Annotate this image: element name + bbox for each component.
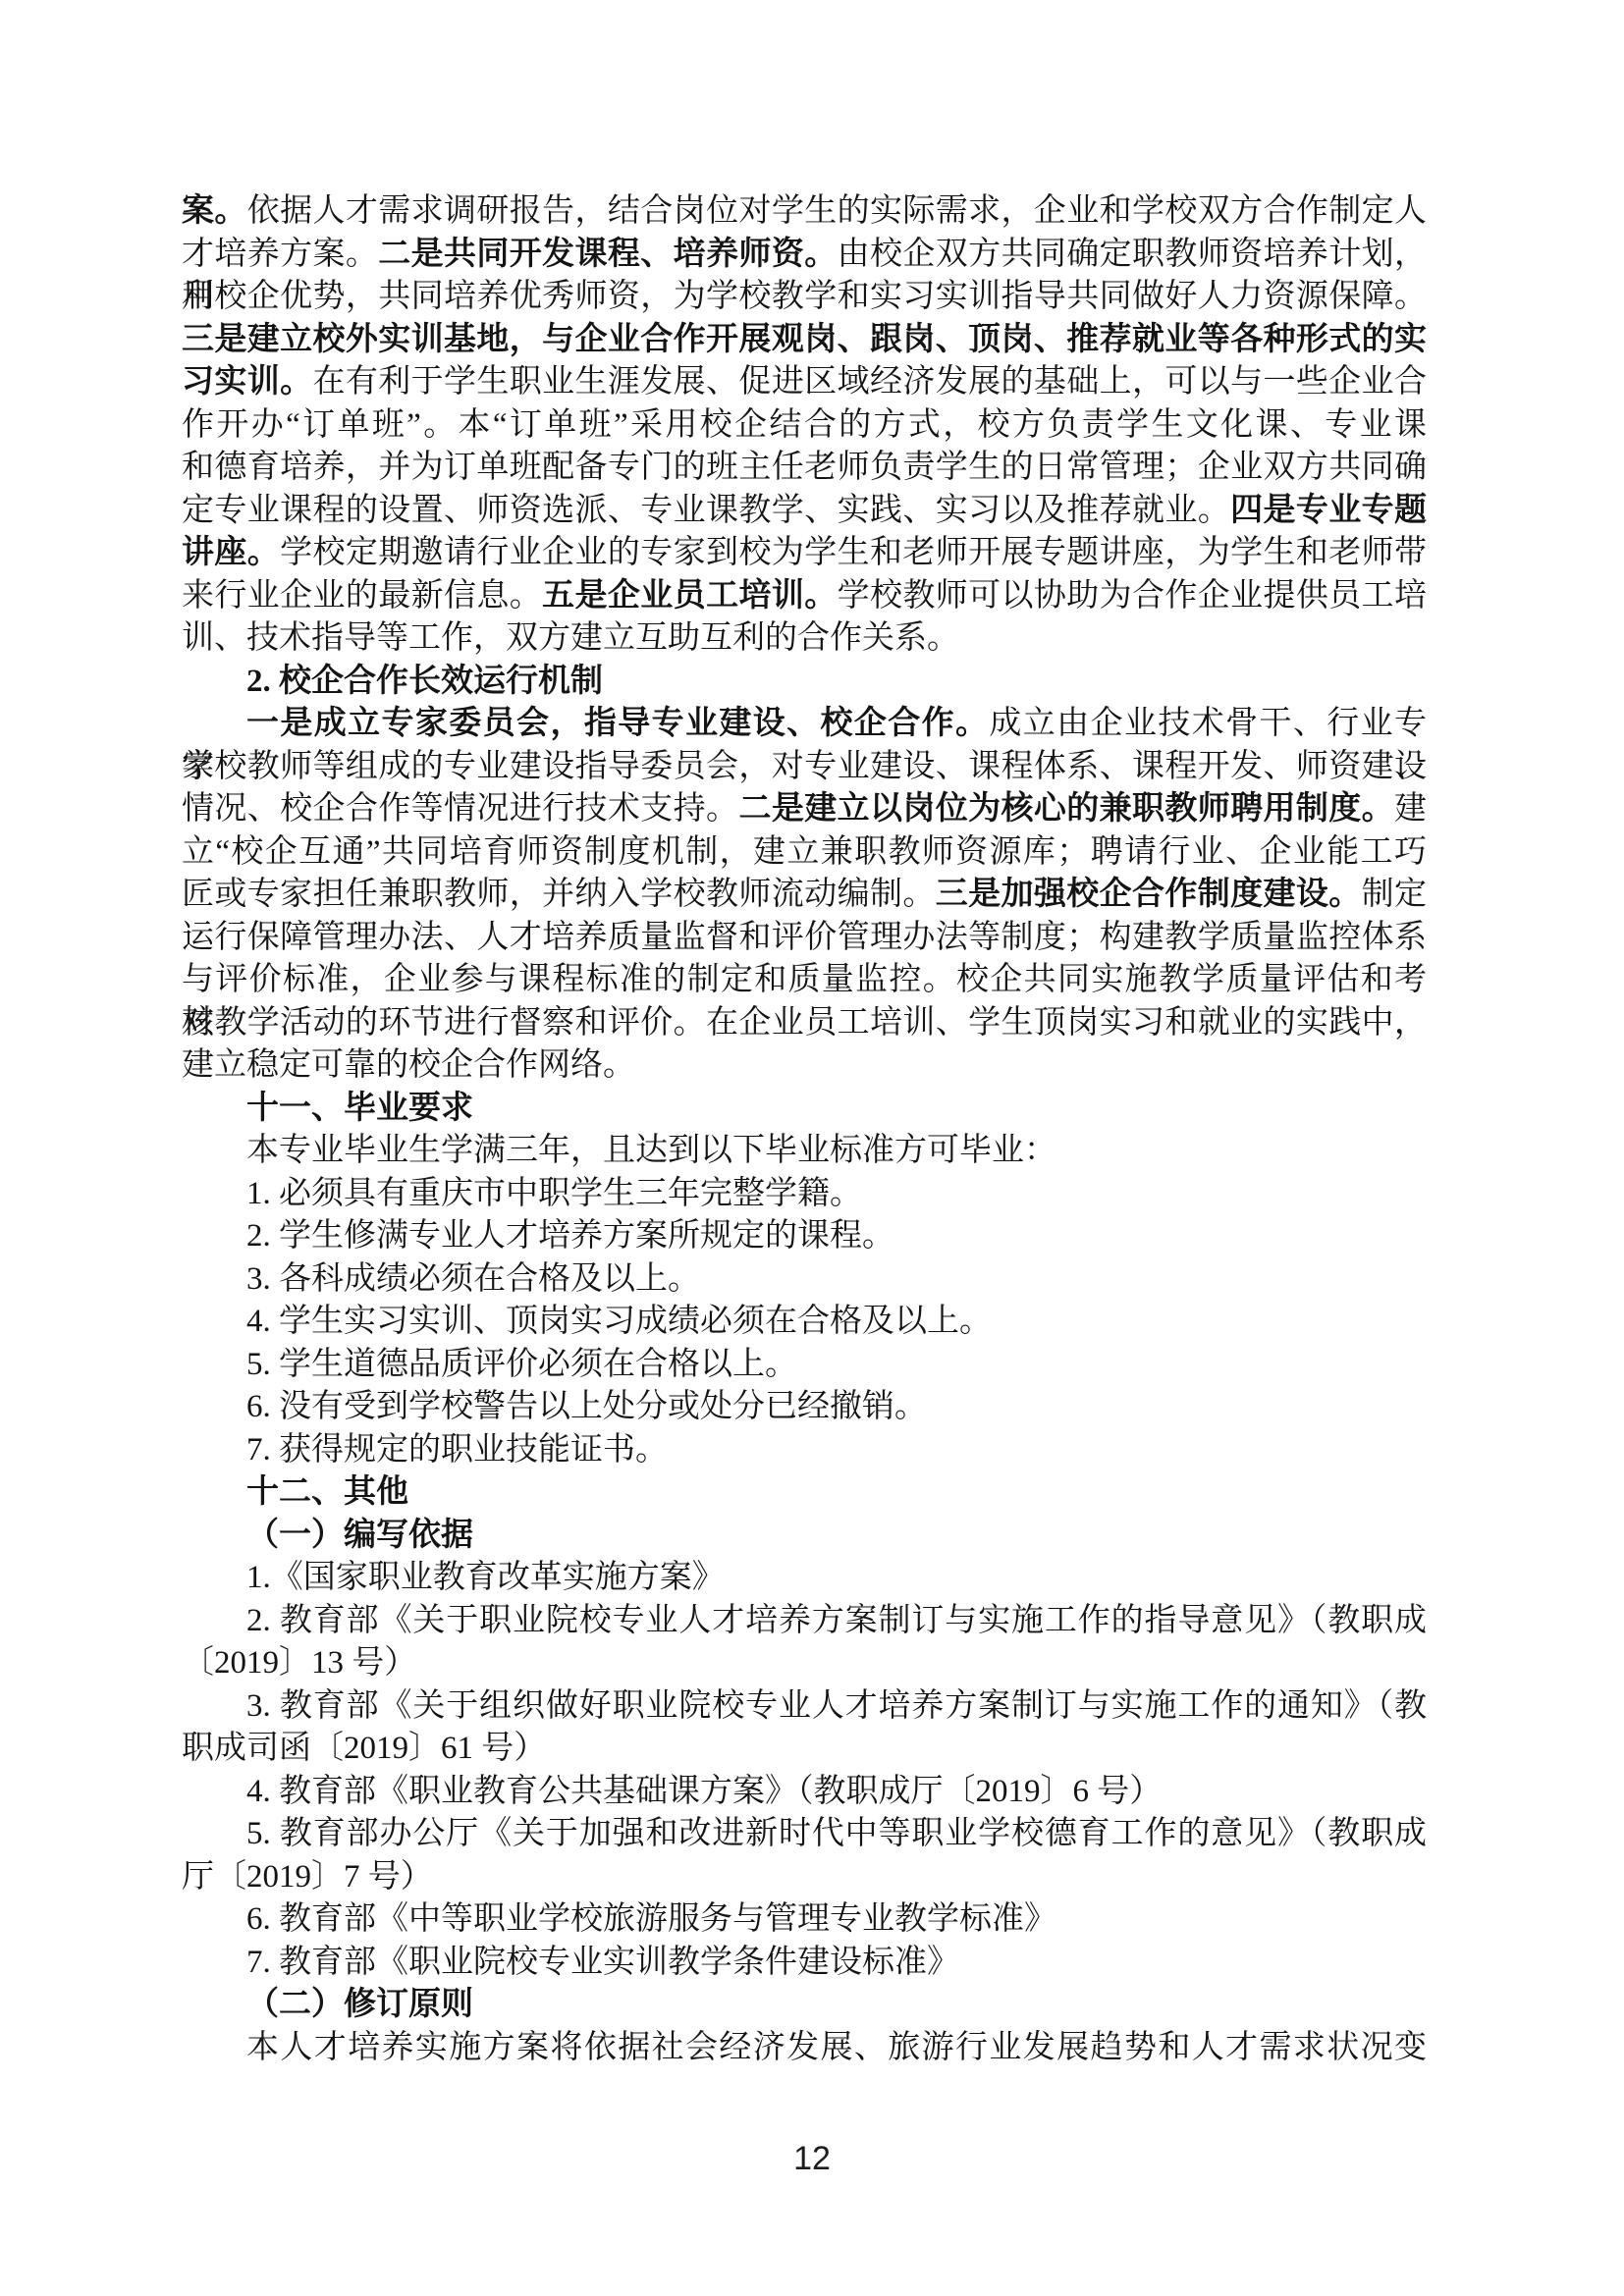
- document-page: 案。依据人才需求调研报告，结合岗位对学生的实际需求，企业和学校双方合作制定人才培…: [0, 0, 1624, 2296]
- text-run: 2. 学生修满专业人才培养方案所规定的课程。: [246, 1218, 894, 1254]
- text-line: 5. 教育部办公厅《关于加强和改进新时代中等职业学校德育工作的意见》（教职成: [182, 1813, 1427, 1856]
- text-line: 作开办“订单班”。本“订单班”采用校企结合的方式，校方负责学生文化课、专业课: [182, 404, 1427, 448]
- text-run: 讲座。: [182, 535, 280, 570]
- text-run: 匠或专家担任兼职教师，并纳入学校教师流动编制。: [182, 877, 936, 912]
- text-line: 才培养方案。二是共同开发课程、培养师资。由校企双方共同确定职教师资培养计划，利: [182, 234, 1427, 277]
- text-line: 本人才培养实施方案将依据社会经济发展、旅游行业发展趋势和人才需求状况变: [182, 2027, 1427, 2070]
- text-run: 用校企优势，共同培养优秀师资，为学校教学和实习实训指导共同做好人力资源保障。: [182, 279, 1427, 314]
- text-line: 定专业课程的设置、师资选派、专业课教学、实践、实习以及推荐就业。四是专业专题: [182, 490, 1427, 533]
- text-line: 2. 校企合作长效运行机制: [182, 661, 1427, 704]
- text-run: 案。: [182, 193, 247, 229]
- text-line: 1. 必须具有重庆市中职学生三年完整学籍。: [182, 1173, 1427, 1216]
- text-run: 三是加强校企合作制度建设。: [936, 877, 1362, 912]
- text-line: 习实训。在有利于学生职业生涯发展、促进区域经济发展的基础上，可以与一些企业合: [182, 361, 1427, 404]
- text-run: （二）修订原则: [246, 1987, 473, 2022]
- text-run: 建立稳定可靠的校企合作网络。: [182, 1047, 635, 1083]
- text-run: 在有利于学生职业生涯发展、促进区域经济发展的基础上，可以与一些企业合: [313, 364, 1428, 400]
- text-line: 十一、毕业要求: [182, 1088, 1427, 1131]
- text-line: 4. 学生实习实训、顶岗实习成绩必须在合格及以上。: [182, 1301, 1427, 1344]
- text-line: 匠或专家担任兼职教师，并纳入学校教师流动编制。三是加强校企合作制度建设。制定: [182, 874, 1427, 917]
- text-run: 学校教师等组成的专业建设指导委员会，对专业建设、课程体系、课程开发、师资建设: [182, 749, 1427, 784]
- text-line: 情况、校企合作等情况进行技术支持。二是建立以岗位为核心的兼职教师聘用制度。建: [182, 788, 1427, 831]
- text-run: 十一、毕业要求: [246, 1091, 473, 1126]
- text-run: 作开办“订单班”。本“订单班”采用校企结合的方式，校方负责学生文化课、专业课: [182, 407, 1427, 443]
- text-line: 和德育培养，并为订单班配备专门的班主任老师负责学生的日常管理；企业双方共同确: [182, 447, 1427, 490]
- page-body-text: 案。依据人才需求调研报告，结合岗位对学生的实际需求，企业和学校双方合作制定人才培…: [182, 190, 1427, 2069]
- text-line: 训、技术指导等工作，双方建立互助互利的合作关系。: [182, 617, 1427, 661]
- text-run: 1.《国家职业教育改革实施方案》: [246, 1560, 725, 1595]
- text-line: 建立稳定可靠的校企合作网络。: [182, 1044, 1427, 1088]
- text-line: 6. 教育部《中等职业学校旅游服务与管理专业教学标准》: [182, 1898, 1427, 1942]
- text-run: 对教学活动的环节进行督察和评价。在企业员工培训、学生顶岗实习和就业的实践中，: [182, 1005, 1427, 1041]
- text-run: 5. 学生道德品质评价必须在合格以上。: [246, 1347, 797, 1382]
- text-run: 本专业毕业生学满三年，且达到以下毕业标准方可毕业：: [246, 1133, 1056, 1168]
- text-run: 一是成立专家委员会，指导专业建设、校企合作。: [246, 706, 989, 741]
- page-number: 12: [0, 2140, 1624, 2178]
- text-line: 2. 教育部《关于职业院校专业人才培养方案制订与实施工作的指导意见》（教职成: [182, 1600, 1427, 1643]
- text-run: 和德育培养，并为订单班配备专门的班主任老师负责学生的日常管理；企业双方共同确: [182, 450, 1427, 485]
- text-line: 本专业毕业生学满三年，且达到以下毕业标准方可毕业：: [182, 1130, 1427, 1173]
- text-run: 2. 校企合作长效运行机制: [246, 664, 603, 699]
- text-run: 情况、校企合作等情况进行技术支持。: [182, 791, 738, 827]
- text-line: （二）修订原则: [182, 1984, 1427, 2027]
- text-run: 来行业企业的最新信息。: [182, 578, 542, 614]
- text-run: 学校定期邀请行业企业的专家到校为学生和老师开展专题讲座，为学生和老师带: [280, 535, 1427, 570]
- text-line: 〔2019〕13 号）: [182, 1642, 1427, 1685]
- text-line: 3. 各科成绩必须在合格及以上。: [182, 1258, 1427, 1302]
- text-run: 7. 教育部《职业院校专业实训教学条件建设标准》: [246, 1945, 959, 1980]
- text-run: 制定: [1362, 877, 1427, 912]
- text-run: 习实训。: [182, 364, 313, 400]
- text-run: 立“校企互通”共同培育师资制度机制，建立兼职教师资源库；聘请行业、企业能工巧: [182, 834, 1427, 870]
- text-run: 6. 没有受到学校警告以上处分或处分已经撤销。: [246, 1389, 927, 1424]
- text-run: 本人才培养实施方案将依据社会经济发展、旅游行业发展趋势和人才需求状况变: [246, 2030, 1427, 2065]
- text-run: 运行保障管理办法、人才培养质量监督和评价管理办法等制度；构建教学质量监控体系: [182, 920, 1427, 955]
- text-line: 学校教师等组成的专业建设指导委员会，对专业建设、课程体系、课程开发、师资建设: [182, 746, 1427, 789]
- text-line: 厅〔2019〕7 号）: [182, 1856, 1427, 1899]
- text-run: 训、技术指导等工作，双方建立互助互利的合作关系。: [182, 620, 959, 656]
- text-line: 4. 教育部《职业教育公共基础课方案》（教职成厅〔2019〕6 号）: [182, 1771, 1427, 1814]
- text-line: 1.《国家职业教育改革实施方案》: [182, 1557, 1427, 1600]
- text-run: 7. 获得规定的职业技能证书。: [246, 1432, 668, 1468]
- text-run: 才培养方案。: [182, 237, 378, 272]
- text-line: 运行保障管理办法、人才培养质量监督和评价管理办法等制度；构建教学质量监控体系: [182, 917, 1427, 960]
- text-run: 五是企业员工培训。: [542, 578, 837, 614]
- text-run: 〔2019〕13 号）: [182, 1645, 416, 1681]
- text-line: （一）编写依据: [182, 1515, 1427, 1558]
- text-run: 职成司函〔2019〕61 号）: [182, 1731, 546, 1766]
- text-run: 厅〔2019〕7 号）: [182, 1859, 433, 1895]
- text-line: 来行业企业的最新信息。五是企业员工培训。学校教师可以协助为合作企业提供员工培: [182, 575, 1427, 618]
- text-run: 三是建立校外实训基地，与企业合作开展观岗、跟岗、顶岗、推荐就业等各种形式的实: [182, 322, 1427, 357]
- text-run: 二是共同开发课程、培养师资。: [378, 237, 837, 272]
- text-line: 一是成立专家委员会，指导专业建设、校企合作。成立由企业技术骨干、行业专家、: [182, 703, 1427, 746]
- text-line: 7. 教育部《职业院校专业实训教学条件建设标准》: [182, 1942, 1427, 1985]
- text-run: 6. 教育部《中等职业学校旅游服务与管理专业教学标准》: [246, 1901, 1056, 1937]
- text-line: 三是建立校外实训基地，与企业合作开展观岗、跟岗、顶岗、推荐就业等各种形式的实: [182, 319, 1427, 362]
- text-line: 7. 获得规定的职业技能证书。: [182, 1429, 1427, 1472]
- text-run: 5. 教育部办公厅《关于加强和改进新时代中等职业学校德育工作的意见》（教职成: [246, 1816, 1427, 1851]
- text-run: 依据人才需求调研报告，结合岗位对学生的实际需求，企业和学校双方合作制定人: [247, 193, 1427, 229]
- text-line: 案。依据人才需求调研报告，结合岗位对学生的实际需求，企业和学校双方合作制定人: [182, 190, 1427, 234]
- text-run: 定专业课程的设置、师资选派、专业课教学、实践、实习以及推荐就业。: [182, 493, 1230, 528]
- text-run: 十二、其他: [246, 1474, 408, 1510]
- text-run: 学校教师可以协助为合作企业提供员工培: [838, 578, 1427, 614]
- text-line: 对教学活动的环节进行督察和评价。在企业员工培训、学生顶岗实习和就业的实践中，: [182, 1002, 1427, 1045]
- text-run: 2. 教育部《关于职业院校专业人才培养方案制订与实施工作的指导意见》（教职成: [246, 1603, 1427, 1638]
- text-run: 4. 学生实习实训、顶岗实习成绩必须在合格及以上。: [246, 1304, 992, 1339]
- text-line: 3. 教育部《关于组织做好职业院校专业人才培养方案制订与实施工作的通知》（教: [182, 1685, 1427, 1729]
- text-line: 5. 学生道德品质评价必须在合格以上。: [182, 1344, 1427, 1387]
- text-line: 用校企优势，共同培养优秀师资，为学校教学和实习实训指导共同做好人力资源保障。: [182, 276, 1427, 319]
- text-run: 3. 教育部《关于组织做好职业院校专业人才培养方案制订与实施工作的通知》（教: [246, 1688, 1427, 1724]
- text-run: 四是专业专题: [1230, 493, 1427, 528]
- text-run: 1. 必须具有重庆市中职学生三年完整学籍。: [246, 1176, 862, 1211]
- text-run: 建: [1394, 791, 1427, 827]
- text-line: 2. 学生修满专业人才培养方案所规定的课程。: [182, 1215, 1427, 1258]
- text-line: 与评价标准，企业参与课程标准的制定和质量监控。校企共同实施教学质量评估和考核，: [182, 959, 1427, 1002]
- text-line: 讲座。学校定期邀请行业企业的专家到校为学生和老师开展专题讲座，为学生和老师带: [182, 532, 1427, 575]
- text-run: 3. 各科成绩必须在合格及以上。: [246, 1261, 700, 1297]
- text-run: 4. 教育部《职业教育公共基础课方案》（教职成厅〔2019〕6 号）: [246, 1774, 1162, 1809]
- text-line: 职成司函〔2019〕61 号）: [182, 1728, 1427, 1771]
- text-run: （一）编写依据: [246, 1518, 473, 1553]
- text-line: 十二、其他: [182, 1471, 1427, 1515]
- text-run: 二是建立以岗位为核心的兼职教师聘用制度。: [738, 791, 1394, 827]
- text-line: 立“校企互通”共同培育师资制度机制，建立兼职教师资源库；聘请行业、企业能工巧: [182, 831, 1427, 875]
- text-line: 6. 没有受到学校警告以上处分或处分已经撤销。: [182, 1386, 1427, 1429]
